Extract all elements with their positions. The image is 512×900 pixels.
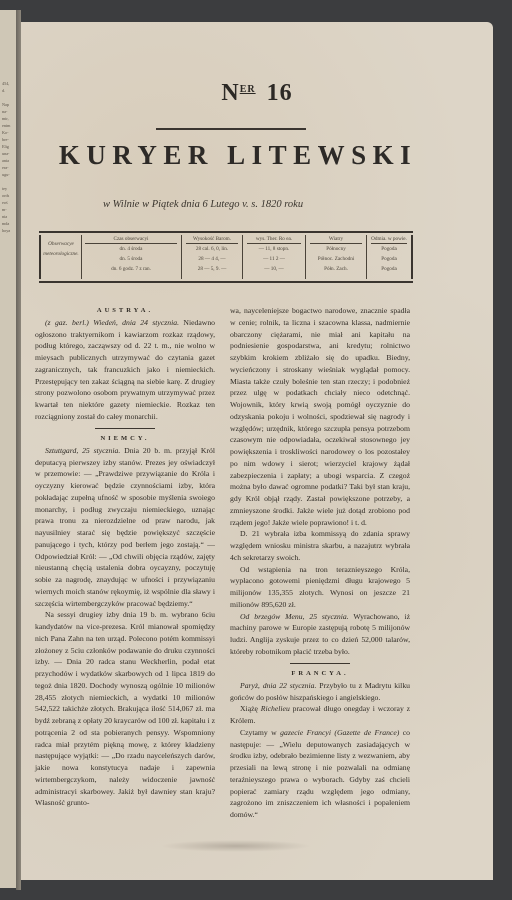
germany-article-4: Od wstąpienia na tron teraznieyszego Kró… xyxy=(230,564,410,611)
weather-col-conditions: Odmia. w powie. Pogoda Pogoda Pogoda xyxy=(367,235,413,279)
germany-article-2: Na sessyi drugiey izby dnia 19 b. m. wyb… xyxy=(35,609,215,809)
germany-article-5: Od brzegów Menu, 25 stycznia. Wyrachowan… xyxy=(230,611,410,658)
newspaper-page: NER 16 KURYER LITEWSKI w Wilnie w Piątek… xyxy=(21,22,493,880)
germany-article-3: D. 21 wybrała izba kommissyą do zdania s… xyxy=(230,528,410,563)
adjacent-page-text-fragment: enim xyxy=(2,122,16,129)
adjacent-page-text-fragment: era- xyxy=(2,164,16,171)
france-article-1: Paryż, dnia 22 stycznia. Przybyło tu z M… xyxy=(230,680,410,704)
adjacent-page-text-fragment: ugu- xyxy=(2,171,16,178)
section-heading-austria: AUSTRYA. xyxy=(35,305,215,317)
issue-dateline: w Wilnie w Piątek dnia 6 Lutego v. s. 18… xyxy=(103,199,303,210)
left-column: AUSTRYA. (z gaz. berl.) Wiedeń, dnia 24 … xyxy=(35,305,215,809)
adjacent-page-text-fragment: ania xyxy=(2,157,16,164)
weather-col-winds: Wiatry Północny Północ. Zachodni Półn. Z… xyxy=(306,235,367,279)
adjacent-page-text-fragment: eoś xyxy=(2,199,16,206)
adjacent-page-text-fragment: Nap xyxy=(2,101,16,108)
weather-observation-table: Obserwacye meteorologiczne. Czas obserwa… xyxy=(39,231,413,283)
adjacent-page-text-fragment: m- xyxy=(2,206,16,213)
adjacent-page-text-fragment: una- xyxy=(2,150,16,157)
section-separator xyxy=(95,428,155,430)
adjacent-page-text-fragment: hoya xyxy=(2,227,16,234)
issue-number: NER 16 xyxy=(21,80,493,107)
section-heading-france: FRANCYA. xyxy=(230,668,410,680)
weather-label-cell: Obserwacye meteorologiczne. xyxy=(39,235,82,279)
adjacent-page-text-fragment: 454, xyxy=(2,80,16,87)
adjacent-page-text-fragment: nia xyxy=(2,213,16,220)
austria-article: (z gaz. berl.) Wiedeń, dnia 24 stycznia.… xyxy=(35,317,215,423)
section-heading-germany: NIEMCY. xyxy=(35,433,215,445)
adjacent-page-text-fragment: mda xyxy=(2,220,16,227)
masthead-rule xyxy=(156,128,306,130)
adjacent-page-edge: 454,d.Napna-mir,enimKo-bre-Eliguna-aniae… xyxy=(0,10,16,888)
adjacent-page-text-fragment: tey xyxy=(2,185,16,192)
adjacent-page-text-fragment: mir, xyxy=(2,115,16,122)
weather-col-time: Czas obserwacyi dn. 4 środa dn. 5 środa … xyxy=(81,235,182,279)
adjacent-page-text-fragment: bre- xyxy=(2,136,16,143)
right-column: wa, nayceleniejsze bogactwo narodowe, zn… xyxy=(230,305,410,821)
france-article-3: Czytamy w gazecie Francyi (Gazette de Fr… xyxy=(230,727,410,821)
ink-smudge xyxy=(161,840,311,852)
weather-col-barometer: Wysokość Barom. 28 cal. 6, 0, lin. 28 — … xyxy=(182,235,243,279)
germany-article-1: Sztuttgard, 25 stycznia. Dnia 20 b. m. p… xyxy=(35,445,215,610)
germany-article-continued: wa, nayceleniejsze bogactwo narodowe, zn… xyxy=(230,305,410,528)
adjacent-page-text-fragment: d. xyxy=(2,87,16,94)
adjacent-page-text-fragment: Elig xyxy=(2,143,16,150)
adjacent-page-text-fragment: ords xyxy=(2,192,16,199)
newspaper-title: KURYER LITEWSKI xyxy=(38,140,438,171)
adjacent-page-text-fragment: Ko- xyxy=(2,129,16,136)
france-article-2: Xiążę Richelieu pracował długo onegday i… xyxy=(230,703,410,727)
section-separator xyxy=(290,663,350,665)
weather-col-thermometer: wys. Ther. Ro ea. — 11, 8 stopn. — 11 2 … xyxy=(243,235,306,279)
adjacent-page-text-fragment: na- xyxy=(2,108,16,115)
